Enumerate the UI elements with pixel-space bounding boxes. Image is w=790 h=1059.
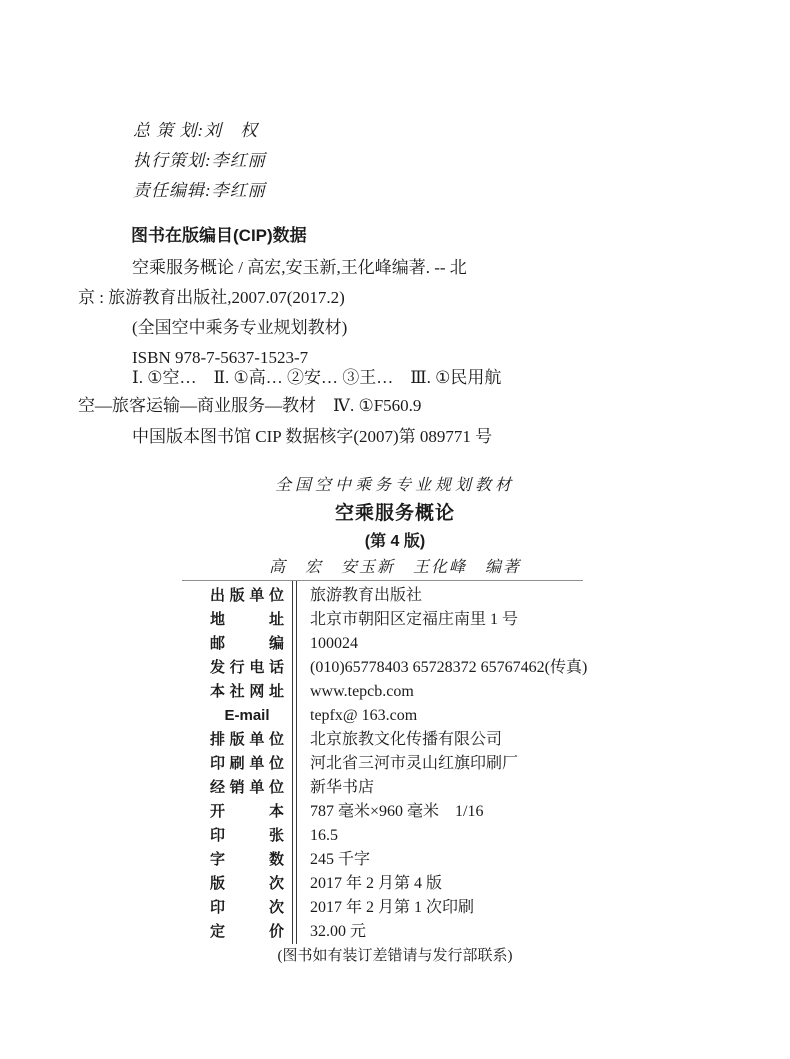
series-title: 全国空中乘务专业规划教材 (0, 472, 790, 500)
copyright-page: 总 策 划:刘 权 执行策划:李红丽 责任编辑:李红丽 图书在版编目(CIP)数… (0, 0, 790, 1059)
row-value: 32.00 元 (310, 920, 366, 944)
row-label: E-mail (210, 704, 284, 728)
row-value: 100024 (310, 632, 358, 656)
table-row-impression: 印 次 2017 年 2 月第 1 次印刷 (182, 896, 583, 920)
table-row-website: 本社网址 www.tepcb.com (182, 680, 583, 704)
title-block: 全国空中乘务专业规划教材 空乘服务概论 (第 4 版) 高 宏 安玉新 王化峰 … (0, 472, 790, 581)
row-value: 787 毫米×960 毫米 1/16 (310, 800, 483, 824)
table-row-sheets: 印 张 16.5 (182, 824, 583, 848)
row-value: 北京旅教文化传播有限公司 (310, 728, 502, 752)
binding-error-note: (图书如有装订差错请与发行部联系) (0, 944, 790, 965)
table-row-wordcount: 字 数 245 千字 (182, 848, 583, 872)
table-row-typesetting: 排版单位 北京旅教文化传播有限公司 (182, 728, 583, 752)
row-value: 16.5 (310, 824, 338, 848)
row-label: 本社网址 (210, 680, 284, 704)
row-label: 经销单位 (210, 776, 284, 800)
table-row-phone: 发行电话 (010)65778403 65728372 65767462(传真) (182, 656, 583, 680)
row-value: 北京市朝阳区定福庄南里 1 号 (310, 608, 518, 632)
row-value: 河北省三河市灵山红旗印刷厂 (310, 752, 518, 776)
edition-label: (第 4 版) (0, 528, 790, 555)
row-value: www.tepcb.com (310, 680, 414, 704)
cip-record-paragraph: 空乘服务概论 / 高宏,安玉新,王化峰编著. -- 北 京 : 旅游教育出版社,… (78, 253, 678, 373)
row-value: tepfx@ 163.com (310, 704, 417, 728)
row-label: 印 张 (210, 824, 284, 848)
row-label: 邮 编 (210, 632, 284, 656)
table-row-email: E-mail tepfx@ 163.com (182, 704, 583, 728)
row-label: 印 次 (210, 896, 284, 920)
table-row-postcode: 邮 编 100024 (182, 632, 583, 656)
cip-register-line: 中国版本图书馆 CIP 数据核字(2007)第 089771 号 (132, 422, 492, 447)
table-row-address: 地 址 北京市朝阳区定福庄南里 1 号 (182, 608, 583, 632)
cip-record-line: 空乘服务概论 / 高宏,安玉新,王化峰编著. -- 北 (78, 253, 678, 283)
row-label: 印刷单位 (210, 752, 284, 776)
row-value: 245 千字 (310, 848, 370, 872)
table-double-rule (292, 581, 297, 944)
table-row-edition: 版 次 2017 年 2 月第 4 版 (182, 872, 583, 896)
row-label: 地 址 (210, 608, 284, 632)
chief-planner-line: 总 策 划:刘 权 (133, 116, 266, 146)
row-value: 旅游教育出版社 (310, 584, 422, 608)
responsible-editor-line: 责任编辑:李红丽 (133, 176, 266, 206)
table-row-distributor: 经销单位 新华书店 (182, 776, 583, 800)
row-label: 排版单位 (210, 728, 284, 752)
cip-classification-line: 空—旅客运输—商业服务—教材 Ⅳ. ①F560.9 (78, 392, 678, 420)
row-label: 字 数 (210, 848, 284, 872)
authors-line: 高 宏 安玉新 王化峰 编著 (0, 555, 790, 581)
staff-credits: 总 策 划:刘 权 执行策划:李红丽 责任编辑:李红丽 (133, 116, 266, 206)
row-label: 发行电话 (210, 656, 284, 680)
row-label: 出版单位 (210, 584, 284, 608)
table-row-format: 开 本 787 毫米×960 毫米 1/16 (182, 800, 583, 824)
row-value: 2017 年 2 月第 1 次印刷 (310, 896, 474, 920)
row-value: 新华书店 (310, 776, 374, 800)
row-label: 开 本 (210, 800, 284, 824)
row-label: 版 次 (210, 872, 284, 896)
cip-classification-line: Ⅰ. ①空… Ⅱ. ①高… ②安… ③王… Ⅲ. ①民用航 (78, 364, 678, 392)
row-value: (010)65778403 65728372 65767462(传真) (310, 656, 587, 680)
cip-record-line: 京 : 旅游教育出版社,2007.07(2017.2) (78, 283, 678, 313)
cip-classification: Ⅰ. ①空… Ⅱ. ①高… ②安… ③王… Ⅲ. ①民用航 空—旅客运输—商业服… (78, 364, 678, 420)
row-value: 2017 年 2 月第 4 版 (310, 872, 442, 896)
publication-info-table: 出版单位 旅游教育出版社 地 址 北京市朝阳区定福庄南里 1 号 邮 编 100… (182, 580, 583, 944)
cip-series-line: (全国空中乘务专业规划教材) (78, 313, 678, 343)
table-row-printing: 印刷单位 河北省三河市灵山红旗印刷厂 (182, 752, 583, 776)
book-title: 空乘服务概论 (0, 500, 790, 528)
table-row-publisher: 出版单位 旅游教育出版社 (182, 584, 583, 608)
executive-planner-line: 执行策划:李红丽 (133, 146, 266, 176)
row-label: 定 价 (210, 920, 284, 944)
cip-heading: 图书在版编目(CIP)数据 (131, 221, 307, 246)
table-row-price: 定 价 32.00 元 (182, 920, 583, 944)
